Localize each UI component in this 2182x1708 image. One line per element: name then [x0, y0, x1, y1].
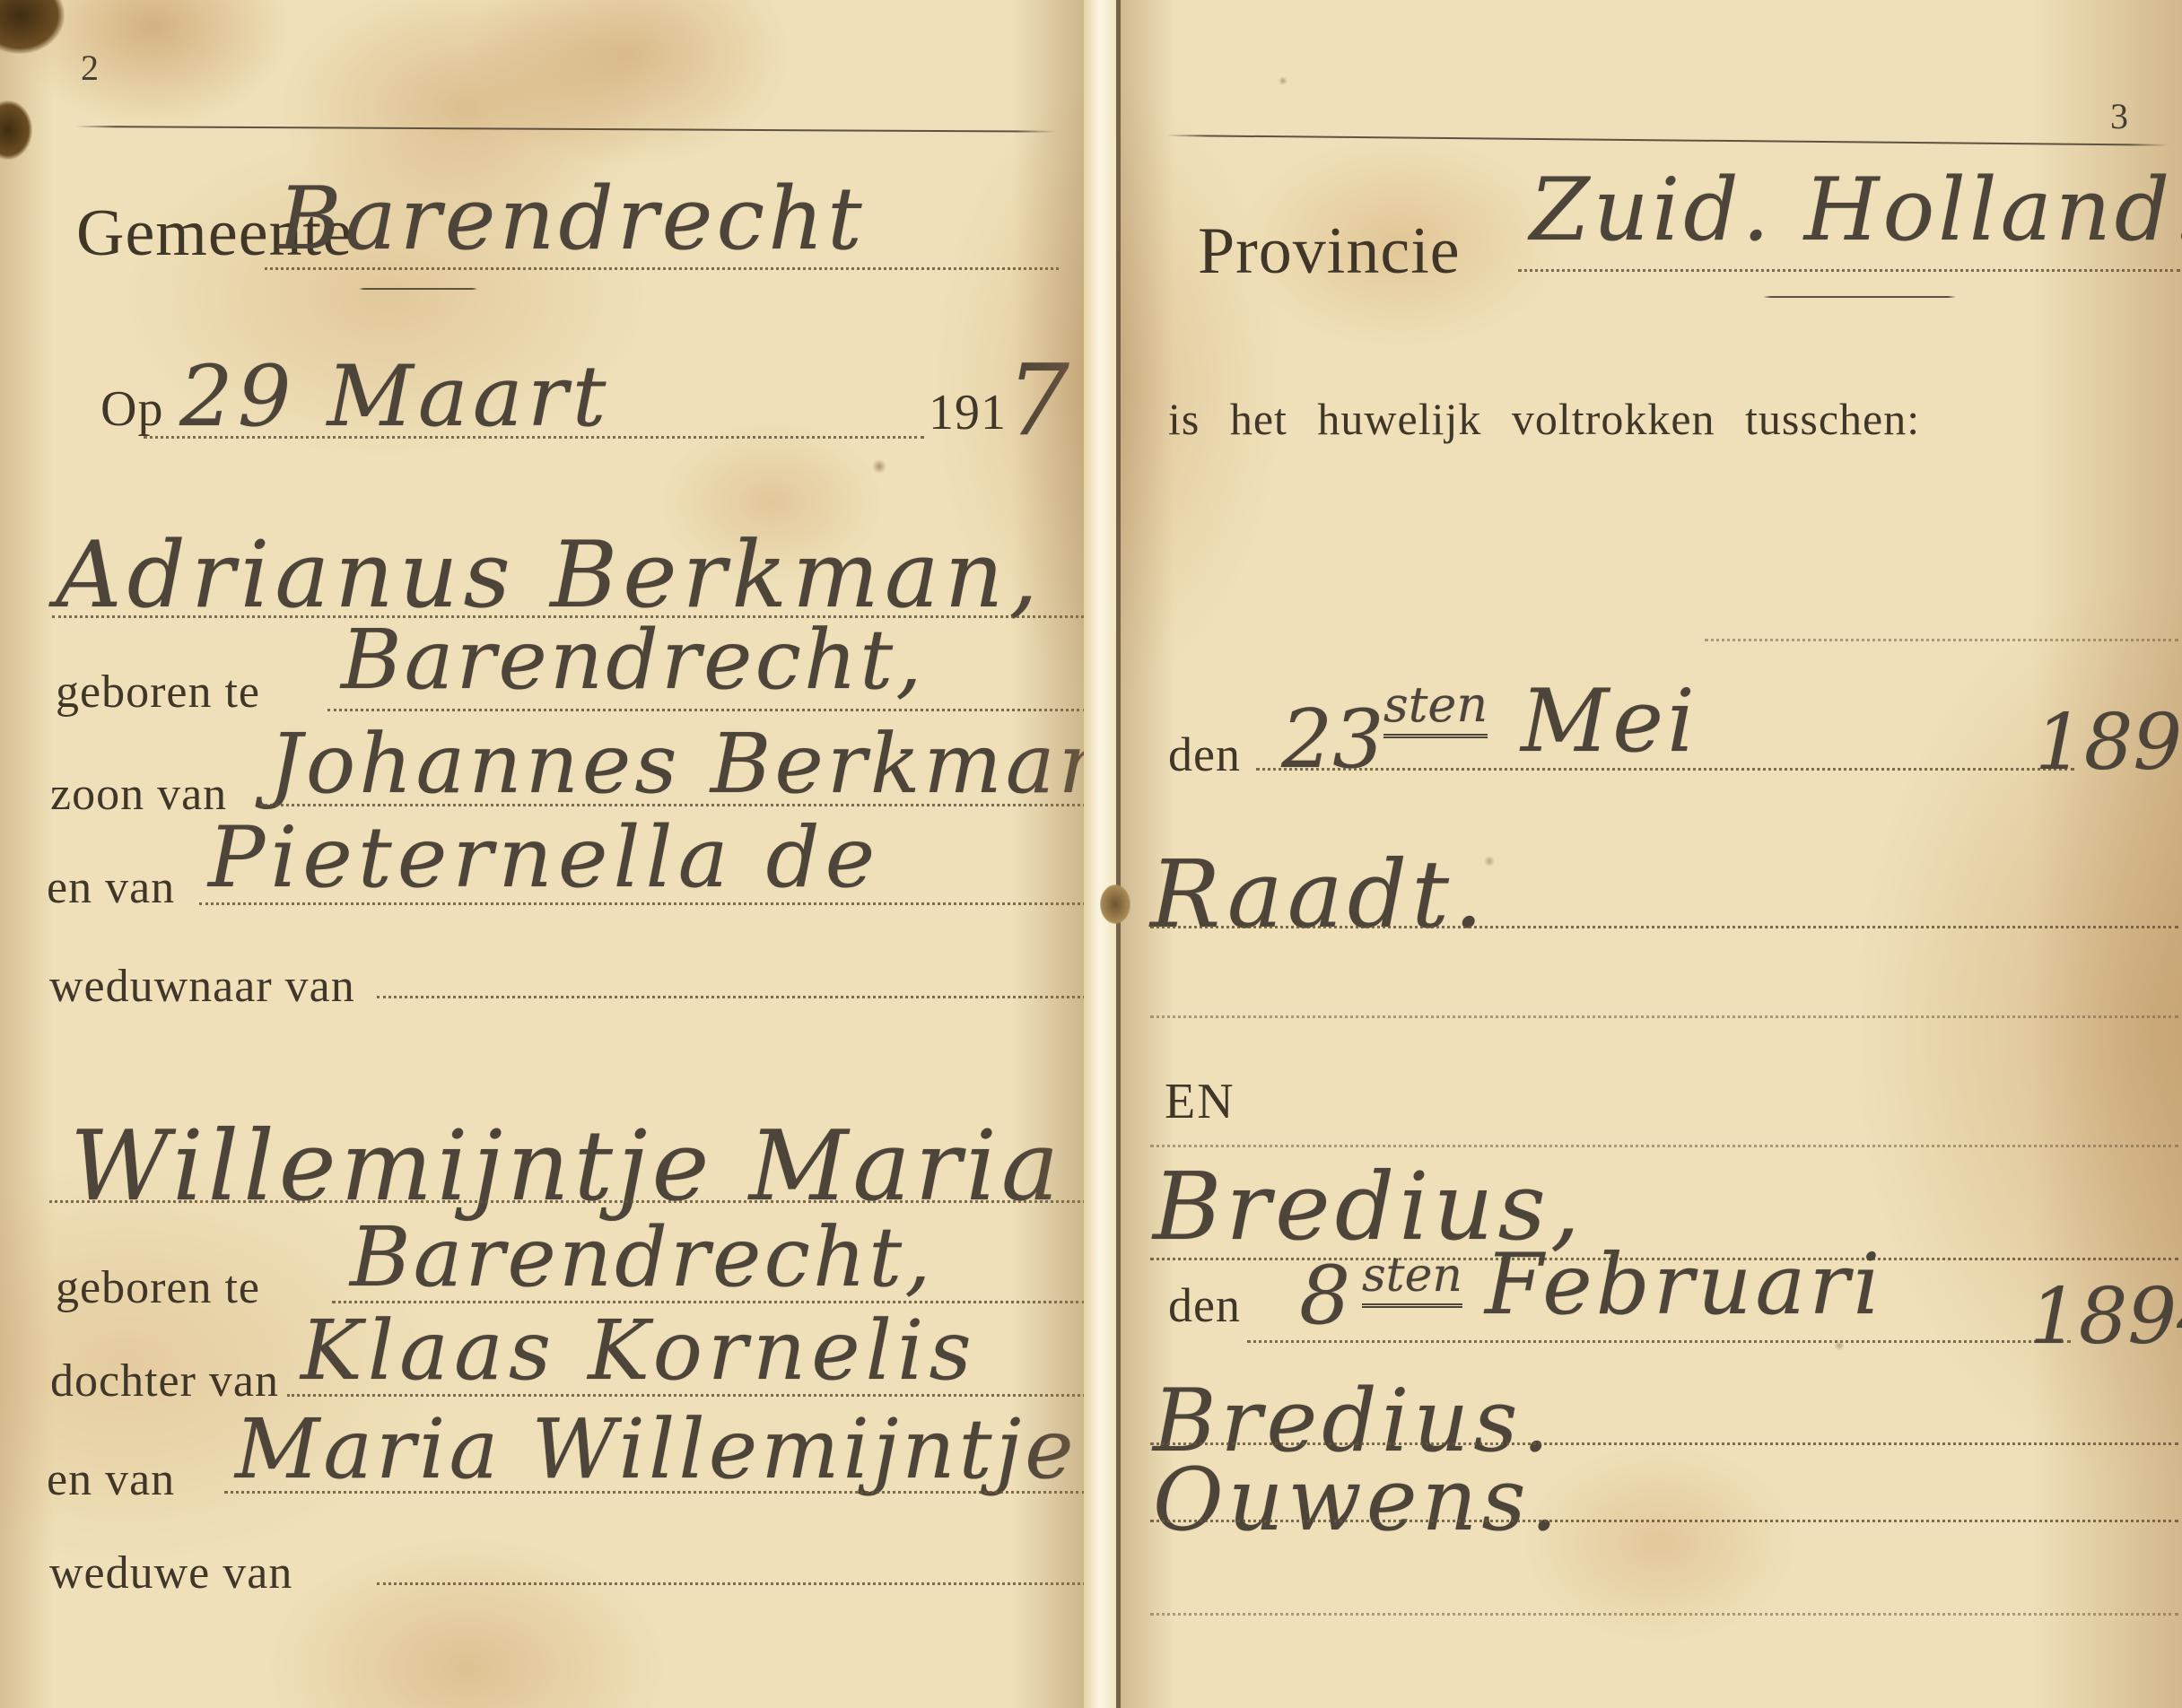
- groom-widower-label: weduwnaar van: [49, 960, 355, 1013]
- left-page-top-rule: [76, 126, 1056, 133]
- bride-birth-month: Februari: [1485, 1236, 1883, 1334]
- groom-born-label: geboren te: [56, 666, 260, 719]
- left-page-number: 2: [81, 47, 99, 89]
- municipality-short-underline: [359, 288, 477, 290]
- bride-widow-label: weduwe van: [49, 1547, 292, 1599]
- bride-father-entry-line: [287, 1394, 1086, 1397]
- bride-and-of-label: en van: [47, 1453, 175, 1506]
- binding-gutter: [1084, 0, 1118, 1708]
- groom-son-label: zoon van: [50, 768, 227, 821]
- ouwens-entry-line: [1150, 1520, 2178, 1522]
- bride-mother-entry-line: [224, 1491, 1086, 1494]
- gutter-shadow-left: [1012, 0, 1084, 1708]
- bride-mother-surname-continuation: Ouwens.: [1153, 1450, 1562, 1550]
- groom-father: Johannes Berkman: [269, 716, 1115, 812]
- bride-father: Klaas Kornelis: [301, 1303, 977, 1399]
- and-label: EN: [1165, 1073, 1235, 1130]
- groom-birth-ordinal: sten: [1383, 676, 1488, 733]
- groom-birthplace: Barendrecht,: [341, 612, 924, 708]
- blank-entry-line-4: [1150, 1613, 2178, 1616]
- province-entry-line: [1518, 269, 2180, 272]
- scanned-marriage-booklet-spread: 2 Gemeente Barendrecht Op 29 Maart 191 7…: [0, 0, 2182, 1708]
- municipality-value: Barendrecht: [278, 169, 866, 269]
- bride-widow-entry-line: [377, 1582, 1086, 1585]
- bride-birthplace: Barendrecht,: [350, 1209, 933, 1305]
- bride-birth-day: 8: [1299, 1249, 1350, 1343]
- groom-birth-den-label: den: [1168, 727, 1241, 782]
- corner-stain: [0, 0, 65, 54]
- bredius-entry-line: [1150, 1442, 2178, 1445]
- bride-mother: Maria Willemijntje: [235, 1401, 1078, 1497]
- province-label: Provincie: [1198, 213, 1461, 290]
- blank-entry-line-3: [1150, 1145, 2178, 1147]
- groom-birth-entry-line: [1256, 768, 2074, 771]
- edge-stain: [0, 100, 32, 160]
- bride-birth-year: 1894: [2029, 1272, 2182, 1362]
- date-year-printed: 191: [929, 384, 1007, 441]
- blank-entry-line-1: [1705, 639, 2178, 641]
- bride-name: Willemijntje Maria: [70, 1111, 1063, 1223]
- groom-widower-entry-line: [377, 996, 1086, 998]
- raadt-entry-line: [1150, 926, 2178, 928]
- groom-mother-surname-continuation: Raadt.: [1150, 840, 1488, 949]
- bride-born-label: geboren te: [56, 1261, 260, 1314]
- right-page-number: 3: [2110, 95, 2128, 137]
- groom-and-of-label: en van: [47, 861, 175, 914]
- groom-birth-day: 23: [1281, 693, 1384, 787]
- groom-birth-month: Mei: [1521, 671, 1698, 771]
- groom-father-entry-line: [260, 804, 1086, 806]
- binding-stitch: [1100, 884, 1130, 924]
- bride-birth-ordinal: sten: [1362, 1249, 1462, 1303]
- blank-entry-line-2: [1150, 1015, 2178, 1018]
- groom-birthplace-entry-line: [327, 709, 1086, 711]
- bride-daughter-label: dochter van: [50, 1355, 279, 1407]
- groom-mother-entry-line: [199, 902, 1086, 905]
- bride-name-entry-line: [49, 1200, 1086, 1203]
- date-op-label: Op: [100, 380, 163, 438]
- province-short-underline: [1763, 296, 1956, 298]
- date-entry-line: [144, 436, 924, 439]
- municipality-entry-line: [265, 267, 1059, 270]
- groom-mother: Pieternella de: [208, 809, 880, 907]
- bride-birth-den-label: den: [1168, 1277, 1241, 1333]
- marriage-statement: is het huwelijk voltrokken tusschen:: [1168, 393, 1920, 445]
- province-value: Zuid. Holland.: [1530, 160, 2182, 260]
- right-page-top-rule: [1166, 135, 2169, 146]
- date-day-month: 29 Maart: [179, 348, 611, 446]
- groom-birth-year: 1893.: [2035, 698, 2182, 788]
- bride-birth-entry-line: [1247, 1340, 2071, 1343]
